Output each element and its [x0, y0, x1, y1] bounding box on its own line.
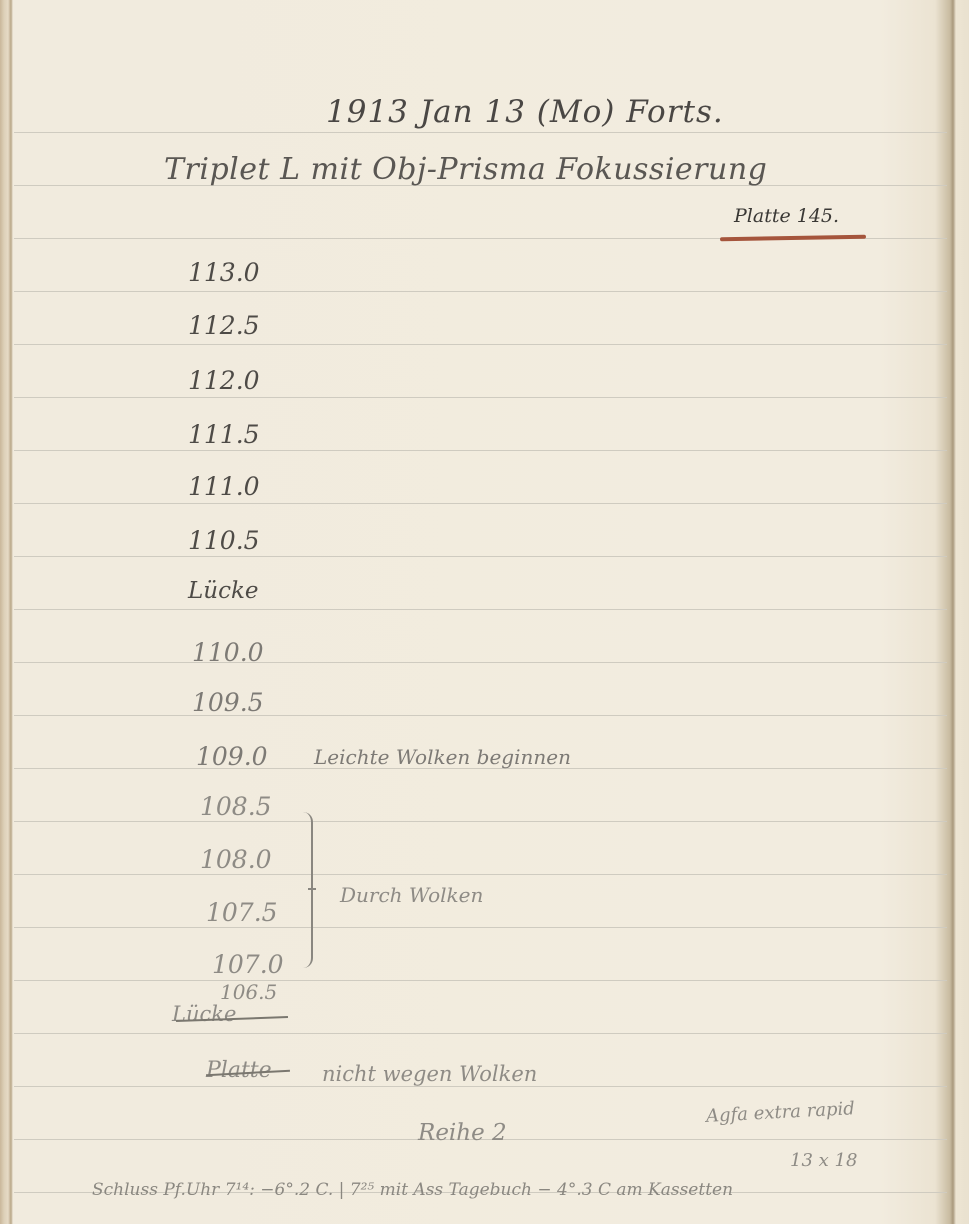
reading-value: 106.5	[220, 980, 277, 1004]
reading-value: 109.0	[196, 742, 268, 771]
page-title: 1913 Jan 13 (Mo) Forts.	[326, 94, 724, 130]
reading-value: 110.5	[188, 526, 260, 555]
bracket-note: Durch Wolken	[340, 883, 483, 907]
reading-value: 108.5	[200, 792, 272, 821]
rule-line	[14, 1033, 947, 1034]
reading-value: 112.0	[188, 366, 260, 395]
reading-value: 107.0	[212, 950, 284, 979]
plate-size: 13 x 18	[790, 1150, 857, 1171]
bracket	[297, 812, 313, 968]
rule-line	[14, 715, 947, 716]
after-note: nicht wegen Wolken	[322, 1062, 537, 1086]
reading-value: 108.0	[200, 845, 272, 874]
page-subtitle: Triplet L mit Obj-Prisma Fokussierung	[164, 152, 767, 187]
plate-underline	[720, 235, 866, 242]
struck-gap-label: Lücke	[172, 1002, 236, 1026]
rule-line	[14, 397, 947, 398]
reading-note: Leichte Wolken beginnen	[314, 745, 571, 769]
rule-line	[14, 503, 947, 504]
reading-value: 110.0	[192, 638, 264, 667]
footer-note: Schluss Pf.Uhr 7¹⁴: −6°.2 C. | 7²⁵ mit A…	[92, 1180, 733, 1200]
row-label: Reihe 2	[418, 1120, 507, 1146]
reading-value: 111.0	[188, 472, 260, 501]
rule-line	[14, 556, 947, 557]
plate-type: Agfa extra rapid	[706, 1098, 856, 1127]
notebook-page: 1913 Jan 13 (Mo) Forts. Triplet L mit Ob…	[0, 0, 969, 1224]
reading-value: 107.5	[206, 898, 278, 927]
plate-label: Platte 145.	[734, 205, 839, 227]
bracket-tip	[308, 888, 316, 890]
rule-line	[14, 821, 947, 822]
rule-line	[14, 662, 947, 663]
rule-line	[14, 344, 947, 345]
rule-line	[14, 927, 947, 928]
gap-label: Lücke	[188, 578, 259, 604]
rule-line	[14, 1086, 947, 1087]
rule-line	[14, 609, 947, 610]
rule-line	[14, 132, 947, 133]
rule-line	[14, 291, 947, 292]
reading-value: 113.0	[188, 258, 260, 287]
reading-value: 111.5	[188, 420, 260, 449]
reading-value: 109.5	[192, 688, 264, 717]
rule-line	[14, 450, 947, 451]
rule-line	[14, 874, 947, 875]
reading-value: 112.5	[188, 311, 260, 340]
rule-line	[14, 980, 947, 981]
